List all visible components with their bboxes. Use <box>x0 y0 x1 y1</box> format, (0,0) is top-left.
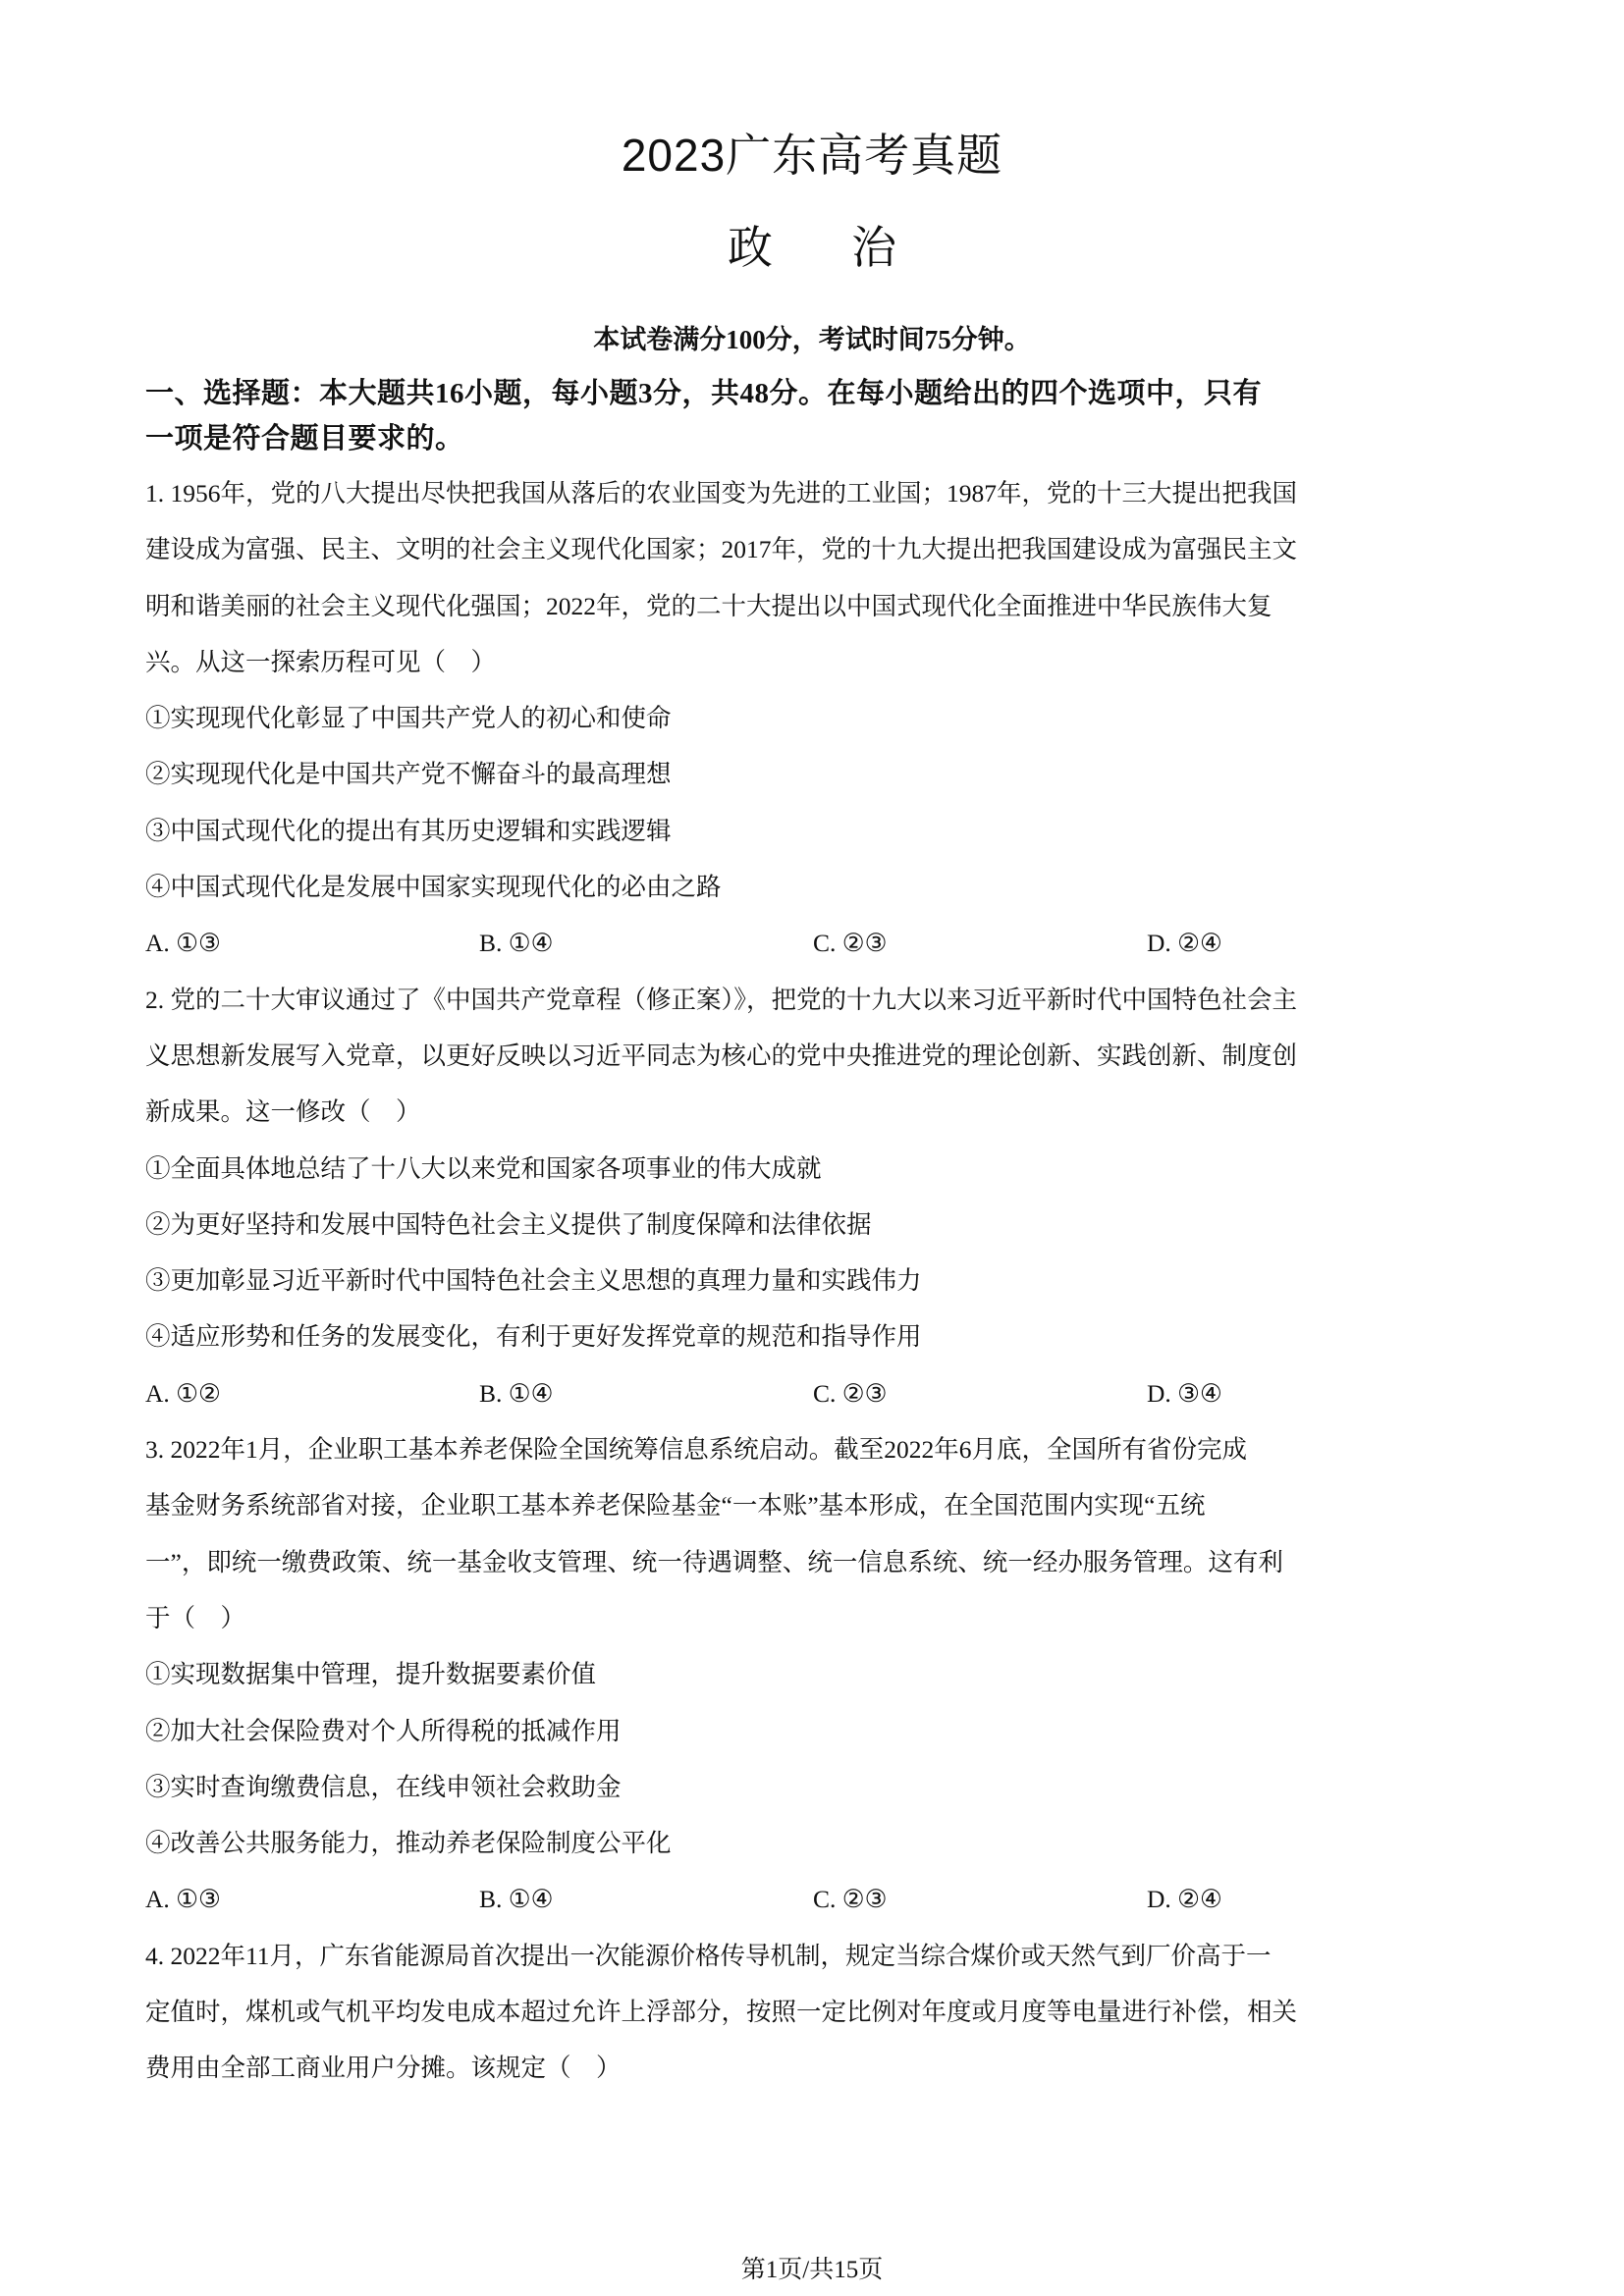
statement-list: ①实现数据集中管理，提升数据要素价值 ②加大社会保险费对个人所得税的抵减作用 ③… <box>145 1646 1490 1871</box>
choice-c: C. ②③ <box>813 1871 1147 1927</box>
stem-line: 兴。从这一探索历程可见（ ） <box>145 634 1490 690</box>
question-stem: 2. 党的二十大审议通过了《中国共产党章程（修正案）》，把党的十九大以来习近平新… <box>145 972 1490 1141</box>
answer-choices: A. ①③ B. ①④ C. ②③ D. ②④ <box>145 915 1490 971</box>
document-title: 2023广东高考真题 <box>0 126 1624 185</box>
statement-item: ④改善公共服务能力，推动养老保险制度公平化 <box>145 1815 1490 1871</box>
choice-b: B. ①④ <box>479 1365 813 1421</box>
choice-a: A. ①③ <box>145 1871 479 1927</box>
questions-body: 1. 1956年，党的八大提出尽快把我国从落后的农业国变为先进的工业国；1987… <box>145 465 1490 2097</box>
question-2: 2. 党的二十大审议通过了《中国共产党章程（修正案）》，把党的十九大以来习近平新… <box>145 972 1490 1421</box>
question-stem: 4. 2022年11月，广东省能源局首次提出一次能源价格传导机制，规定当综合煤价… <box>145 1928 1490 2097</box>
statement-item: ④适应形势和任务的发展变化，有利于更好发挥党章的规范和指导作用 <box>145 1308 1490 1364</box>
question-1: 1. 1956年，党的八大提出尽快把我国从落后的农业国变为先进的工业国；1987… <box>145 465 1490 972</box>
choice-b: B. ①④ <box>479 1871 813 1927</box>
question-4: 4. 2022年11月，广东省能源局首次提出一次能源价格传导机制，规定当综合煤价… <box>145 1928 1490 2097</box>
stem-line: 于（ ） <box>145 1590 1490 1646</box>
stem-line: 建设成为富强、民主、文明的社会主义现代化国家；2017年，党的十九大提出把我国建… <box>145 521 1490 577</box>
statement-item: ②加大社会保险费对个人所得税的抵减作用 <box>145 1703 1490 1759</box>
stem-line: 一”，即统一缴费政策、统一基金收支管理、统一待遇调整、统一信息系统、统一经办服务… <box>145 1534 1490 1590</box>
statement-item: ③实时查询缴费信息，在线申领社会救助金 <box>145 1759 1490 1815</box>
choice-d: D. ③④ <box>1147 1365 1481 1421</box>
exam-meta-info: 本试卷满分100分，考试时间75分钟。 <box>0 320 1624 359</box>
stem-line: 4. 2022年11月，广东省能源局首次提出一次能源价格传导机制，规定当综合煤价… <box>145 1928 1490 1984</box>
stem-line: 2. 党的二十大审议通过了《中国共产党章程（修正案）》，把党的十九大以来习近平新… <box>145 972 1490 1028</box>
answer-choices: A. ①② B. ①④ C. ②③ D. ③④ <box>145 1365 1490 1421</box>
choice-c: C. ②③ <box>813 1365 1147 1421</box>
statement-item: ①实现现代化彰显了中国共产党人的初心和使命 <box>145 690 1490 746</box>
page-number: 第1页/共15页 <box>0 2254 1624 2287</box>
subject-title: 政治 <box>0 218 1624 277</box>
stem-line: 3. 2022年1月，企业职工基本养老保险全国统筹信息系统启动。截至2022年6… <box>145 1421 1490 1477</box>
section-header: 一、选择题：本大题共16小题，每小题3分，共48分。在每小题给出的四个选项中，只… <box>145 371 1490 461</box>
question-3: 3. 2022年1月，企业职工基本养老保险全国统筹信息系统启动。截至2022年6… <box>145 1421 1490 1928</box>
section-header-line: 一、选择题：本大题共16小题，每小题3分，共48分。在每小题给出的四个选项中，只… <box>145 371 1490 416</box>
stem-line: 基金财务系统部省对接，企业职工基本养老保险基金“一本账”基本形成，在全国范围内实… <box>145 1477 1490 1533</box>
statement-item: ①实现数据集中管理，提升数据要素价值 <box>145 1646 1490 1702</box>
question-stem: 1. 1956年，党的八大提出尽快把我国从落后的农业国变为先进的工业国；1987… <box>145 465 1490 690</box>
stem-line: 新成果。这一修改（ ） <box>145 1084 1490 1140</box>
statement-list: ①全面具体地总结了十八大以来党和国家各项事业的伟大成就 ②为更好坚持和发展中国特… <box>145 1141 1490 1365</box>
stem-line: 费用由全部工商业用户分摊。该规定（ ） <box>145 2040 1490 2096</box>
answer-choices: A. ①③ B. ①④ C. ②③ D. ②④ <box>145 1871 1490 1927</box>
statement-item: ②为更好坚持和发展中国特色社会主义提供了制度保障和法律依据 <box>145 1197 1490 1253</box>
statement-item: ①全面具体地总结了十八大以来党和国家各项事业的伟大成就 <box>145 1141 1490 1197</box>
choice-b: B. ①④ <box>479 915 813 971</box>
subject-char-1: 政 <box>728 222 773 273</box>
statement-item: ②实现现代化是中国共产党不懈奋斗的最高理想 <box>145 746 1490 802</box>
section-header-line: 一项是符合题目要求的。 <box>145 416 1490 461</box>
choice-d: D. ②④ <box>1147 1871 1481 1927</box>
stem-line: 明和谐美丽的社会主义现代化强国；2022年，党的二十大提出以中国式现代化全面推进… <box>145 578 1490 634</box>
statement-item: ④中国式现代化是发展中国家实现现代化的必由之路 <box>145 859 1490 915</box>
statement-item: ③更加彰显习近平新时代中国特色社会主义思想的真理力量和实践伟力 <box>145 1253 1490 1308</box>
stem-line: 义思想新发展写入党章，以更好反映以习近平同志为核心的党中央推进党的理论创新、实践… <box>145 1028 1490 1084</box>
choice-d: D. ②④ <box>1147 915 1481 971</box>
subject-char-2: 治 <box>851 222 896 273</box>
stem-line: 1. 1956年，党的八大提出尽快把我国从落后的农业国变为先进的工业国；1987… <box>145 465 1490 521</box>
stem-line: 定值时，煤机或气机平均发电成本超过允许上浮部分，按照一定比例对年度或月度等电量进… <box>145 1984 1490 2040</box>
choice-a: A. ①③ <box>145 915 479 971</box>
choice-c: C. ②③ <box>813 915 1147 971</box>
question-stem: 3. 2022年1月，企业职工基本养老保险全国统筹信息系统启动。截至2022年6… <box>145 1421 1490 1646</box>
statement-list: ①实现现代化彰显了中国共产党人的初心和使命 ②实现现代化是中国共产党不懈奋斗的最… <box>145 690 1490 915</box>
exam-page: 2023广东高考真题 政治 本试卷满分100分，考试时间75分钟。 一、选择题：… <box>0 0 1624 2296</box>
choice-a: A. ①② <box>145 1365 479 1421</box>
statement-item: ③中国式现代化的提出有其历史逻辑和实践逻辑 <box>145 803 1490 859</box>
